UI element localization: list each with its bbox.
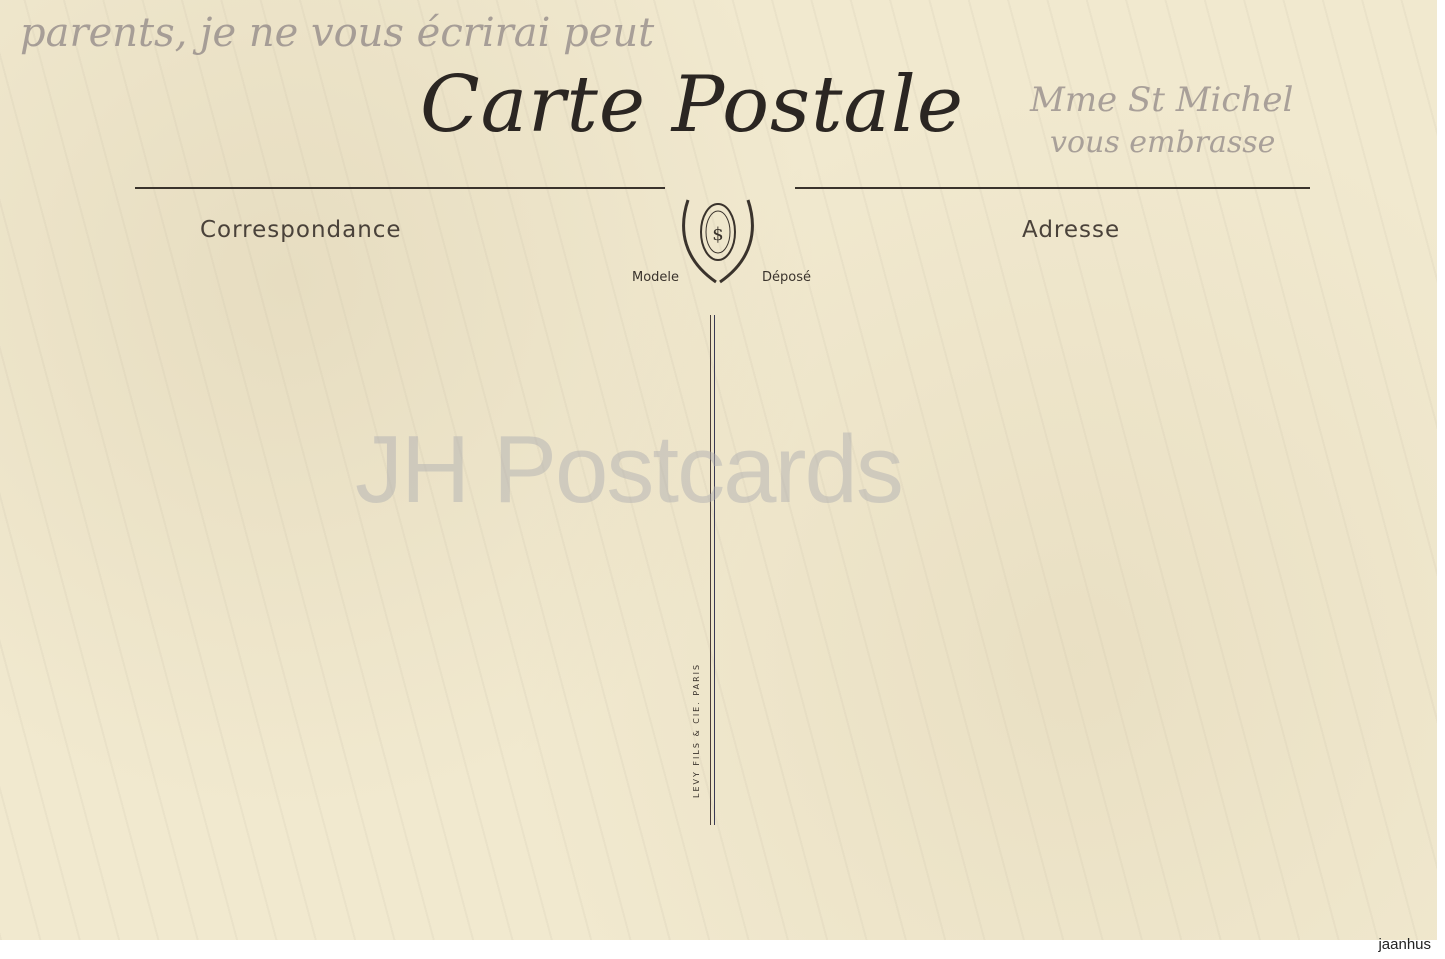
wreath-emblem-icon: $ xyxy=(676,190,760,290)
divider-right xyxy=(795,187,1310,189)
depose-label: Déposé xyxy=(762,270,811,285)
printer-credit: LEVY FILS & CIE. PARIS xyxy=(692,640,701,820)
center-divider xyxy=(710,315,715,825)
correspondance-label: Correspondance xyxy=(200,217,402,243)
svg-text:$: $ xyxy=(712,224,723,245)
handwriting-line: Mme St Michel xyxy=(1030,80,1293,120)
handwriting-line: parents, je ne vous écrirai peut xyxy=(20,10,654,56)
handwriting-line: vous embrasse xyxy=(1050,125,1275,160)
postcard-back: parents, je ne vous écrirai peut Mme St … xyxy=(0,0,1437,940)
card-title: Carte Postale xyxy=(420,60,964,150)
adresse-label: Adresse xyxy=(1022,217,1120,243)
watermark: JH Postcards xyxy=(355,415,902,525)
image-credit: jaanhus xyxy=(1378,936,1431,953)
modele-label: Modele xyxy=(632,270,679,285)
divider-left xyxy=(135,187,665,189)
